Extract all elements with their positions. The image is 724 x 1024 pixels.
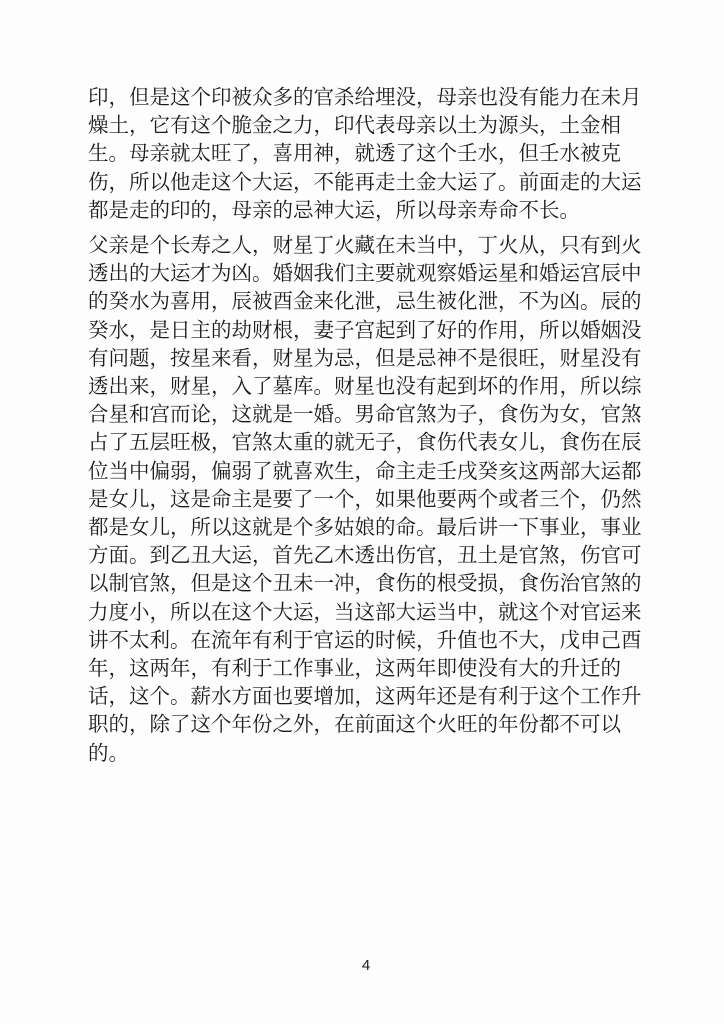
text-line: 话，这个。薪水方面也要增加，这两年还是有利于这个工作升 (88, 683, 644, 711)
text-line: 年，这两年，有利于工作事业，这两年即使没有大的升迁的 (88, 655, 644, 683)
text-line: 伤，所以他走这个大运，不能再走土金大运了。前面走的大运 (88, 169, 644, 197)
text-line: 父亲是个长寿之人，财星丁火藏在未当中，丁火从，只有到火 (88, 232, 644, 260)
text-line: 的癸水为喜用，辰被酉金来化泄，忌生被化泄，不为凶。辰的 (88, 288, 644, 316)
text-line: 都是走的印的，母亲的忌神大运，所以母亲寿命不长。 (88, 197, 644, 225)
text-line: 透出的大运才为凶。婚姻我们主要就观察婚运星和婚运宫辰中 (88, 260, 644, 288)
text-line: 是女儿，这是命主是要了一个，如果他要两个或者三个，仍然 (88, 486, 644, 514)
text-line: 以制官煞，但是这个丑未一冲，食伤的根受损，食伤治官煞的 (88, 570, 644, 598)
text-line: 力度小，所以在这个大运，当这部大运当中，就这个对官运来 (88, 599, 644, 627)
text-line: 印，但是这个印被众多的官杀给埋没，母亲也没有能力在未月 (88, 84, 644, 112)
document-page: 印，但是这个印被众多的官杀给埋没，母亲也没有能力在未月 燥土，它有这个脆金之力，… (0, 0, 724, 1024)
text-line: 都是女儿，所以这就是个多姑娘的命。最后讲一下事业，事业 (88, 514, 644, 542)
text-line: 合星和宫而论，这就是一婚。男命官煞为子，食伤为女，官煞 (88, 401, 644, 429)
paragraph-2: 父亲是个长寿之人，财星丁火藏在未当中，丁火从，只有到火 透出的大运才为凶。婚姻我… (88, 232, 644, 768)
text-line: 癸水，是日主的劫财根，妻子宫起到了好的作用，所以婚姻没 (88, 317, 644, 345)
body-text: 印，但是这个印被众多的官杀给埋没，母亲也没有能力在未月 燥土，它有这个脆金之力，… (88, 84, 644, 768)
page-number: 4 (88, 956, 644, 976)
text-line: 的。 (88, 740, 644, 768)
paragraph-1: 印，但是这个印被众多的官杀给埋没，母亲也没有能力在未月 燥土，它有这个脆金之力，… (88, 84, 644, 225)
text-line: 讲不太利。在流年有利于官运的时候，升值也不大，戊申己酉 (88, 627, 644, 655)
text-line: 有问题，按星来看，财星为忌，但是忌神不是很旺，财星没有 (88, 345, 644, 373)
text-line: 透出来，财星，入了墓库。财星也没有起到坏的作用，所以综 (88, 373, 644, 401)
text-line: 职的，除了这个年份之外，在前面这个火旺的年份都不可以 (88, 711, 644, 739)
text-line: 占了五层旺极，官煞太重的就无子，食伤代表女儿，食伤在辰 (88, 429, 644, 457)
text-line: 燥土，它有这个脆金之力，印代表母亲以土为源头，土金相 (88, 112, 644, 140)
text-line: 方面。到乙丑大运，首先乙木透出伤官，丑土是官煞，伤官可 (88, 542, 644, 570)
text-line: 位当中偏弱，偏弱了就喜欢生，命主走壬戌癸亥这两部大运都 (88, 458, 644, 486)
text-line: 生。母亲就太旺了，喜用神，就透了这个壬水，但壬水被克 (88, 140, 644, 168)
